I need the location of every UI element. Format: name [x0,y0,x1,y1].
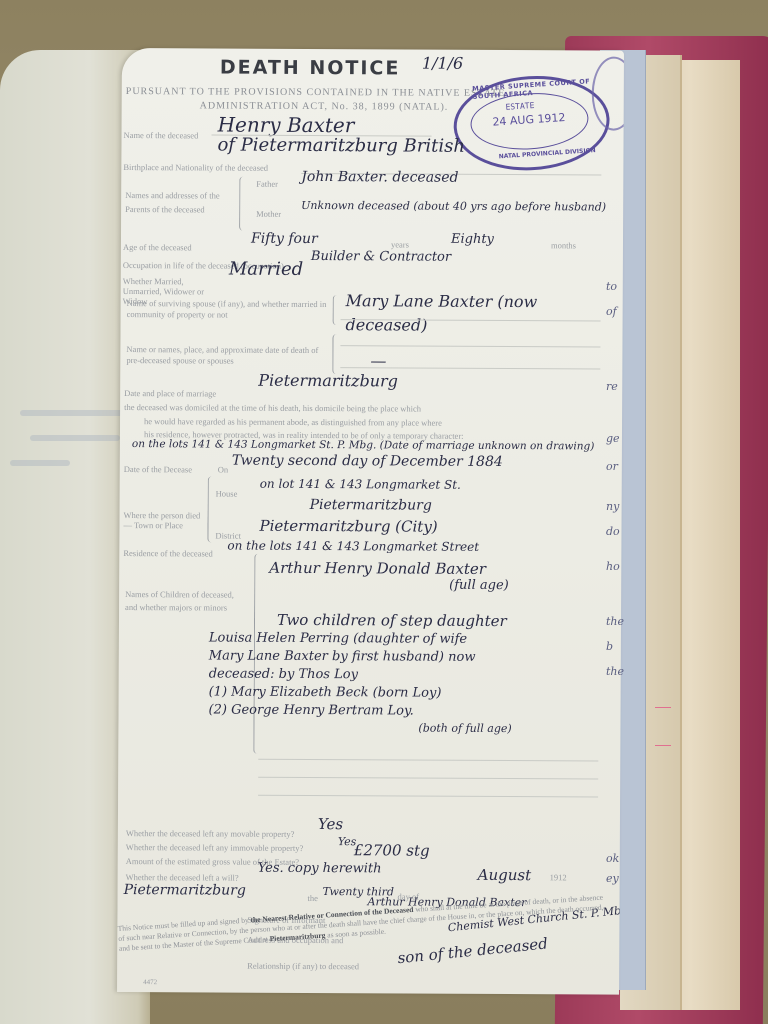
field-label-father: Father [256,179,278,189]
child-line: Louisa Helen Perring (daughter of wife [209,630,467,646]
margin-note: do [606,525,620,538]
margin-note: ge [606,432,620,445]
field-label-relationship: Relationship (if any) to deceased [247,961,359,972]
field-label-date-of-death: Date of the Decease [124,464,192,474]
field-label-marriage: Date and place of marriage [124,388,216,398]
field-label-name: Name of the deceased [124,130,199,140]
field-label-children: Names of Children of deceased, and wheth… [125,588,245,615]
faded-text [20,410,130,416]
field-value-gross-value: £2700 stg [354,841,430,859]
the-label: the [308,893,318,903]
faded-text [30,435,120,441]
field-rule [258,759,598,762]
field-rule [258,777,598,780]
death-notice-form: DEATH NOTICE 1/1/6 PURSUANT TO THE PROVI… [117,48,624,995]
margin-note: re [606,380,618,393]
margin-note: to [606,280,617,293]
field-value-movable: Yes [318,815,343,833]
field-value-name: Henry Baxter [218,113,355,138]
margin-note: the [606,665,624,678]
field-value-dated-at: Pietermaritzburg [124,882,246,899]
field-value-birthplace: of Pietermaritzburg British [217,135,465,157]
brace [239,177,246,231]
child-line: (both of full age) [418,722,511,735]
field-label-age: Age of the deceased [123,242,192,252]
faded-text [10,460,70,466]
field-label-will: Whether the deceased left a will? [126,872,239,883]
child-line: deceased: by Thos Loy [209,666,358,682]
field-value-age-months: Eighty [451,232,494,247]
field-value-father: John Baxter. deceased [301,169,458,186]
child-line: (full age) [449,578,509,593]
field-label-predeceased-spouses: Name or names, place, and approximate da… [126,344,326,367]
brace [333,295,340,325]
court-stamp: MASTER SUPREME COURT OF SOUTH AFRICA EST… [451,71,613,175]
field-label-residence: Residence of the deceased [123,548,213,558]
margin-note: the [606,615,624,628]
child-line: Two children of step daughter [277,611,507,630]
field-value-year: 1912 [550,872,567,882]
field-label-parents: Names and addresses of the Parents of th… [125,188,225,217]
field-label-town: Where the person died — Town or Place [123,510,203,530]
field-rule [340,345,600,347]
margin-note: b [606,640,613,653]
field-value-town: Pietermaritzburg [310,497,432,514]
field-value-occupation: Builder & Contractor [311,249,451,265]
field-label-house: House [216,488,238,498]
child-line: Arthur Henry Donald Baxter [269,559,486,578]
form-header-line-1: PURSUANT TO THE PROVISIONS CONTAINED IN … [126,86,506,99]
margin-rule [655,745,671,746]
margin-note: ok [606,852,619,865]
field-value-relationship: son of the deceased [397,934,549,967]
form-title: DEATH NOTICE [220,57,401,80]
margin-note: or [606,460,618,473]
field-label-nationality: Birthplace and Nationality of the deceas… [123,162,268,173]
margin-note: ey [606,872,619,885]
on-label: On [218,465,228,475]
years-label: years [391,239,409,249]
field-label-immovable: Whether the deceased left any immovable … [126,842,304,853]
child-line: Mary Lane Baxter by first husband) now [209,648,476,664]
months-label: months [551,240,576,250]
field-value-domicile: on the lots 141 & 143 Longmarket St. P. … [132,438,594,452]
field-label-surviving-spouse: Name of surviving spouse (if any), and w… [127,298,327,321]
field-value-date-of-death: Twenty second day of December 1884 [232,453,503,470]
field-value-house: on lot 141 & 143 Longmarket St. [260,477,461,492]
field-rule [258,795,598,798]
field-value-month: August [478,866,532,884]
field-value-surviving-spouse: Mary Lane Baxter (now deceased) [345,289,605,338]
domicile-text-2: he would have regarded as his permanent … [144,416,442,428]
margin-rule [655,707,671,708]
field-value-marital-status: Married [229,259,303,280]
field-value-district: Pietermaritzburg (City) [259,517,437,536]
domicile-text-1: the deceased was domiciled at the time o… [124,402,421,414]
field-value-age-years: Fifty four [251,231,318,247]
child-line: (1) Mary Elizabeth Beck (born Loy) [209,684,442,700]
margin-note: ny [606,500,619,513]
field-label-mother: Mother [256,209,281,219]
brace [332,334,339,374]
field-value-will: Yes. copy herewith [258,861,382,877]
margin-note: of [606,305,617,318]
margin-note: ho [606,560,620,573]
field-value-marriage: Pietermaritzburg [258,371,398,391]
stamp-estate-text: ESTATE [505,101,534,112]
form-header-line-2: ADMINISTRATION ACT, No. 38, 1899 (NATAL)… [200,100,449,112]
field-label-movable: Whether the deceased left any movable pr… [126,828,295,839]
brace [207,476,214,542]
field-value-mother: Unknown deceased (about 40 yrs ago befor… [301,199,606,214]
child-line: (2) George Henry Bertram Loy. [208,702,413,718]
field-value-residence: on the lots 141 & 143 Longmarket Street [227,539,479,554]
file-reference: 1/1/6 [422,54,463,73]
form-number: 4472 [143,978,157,986]
